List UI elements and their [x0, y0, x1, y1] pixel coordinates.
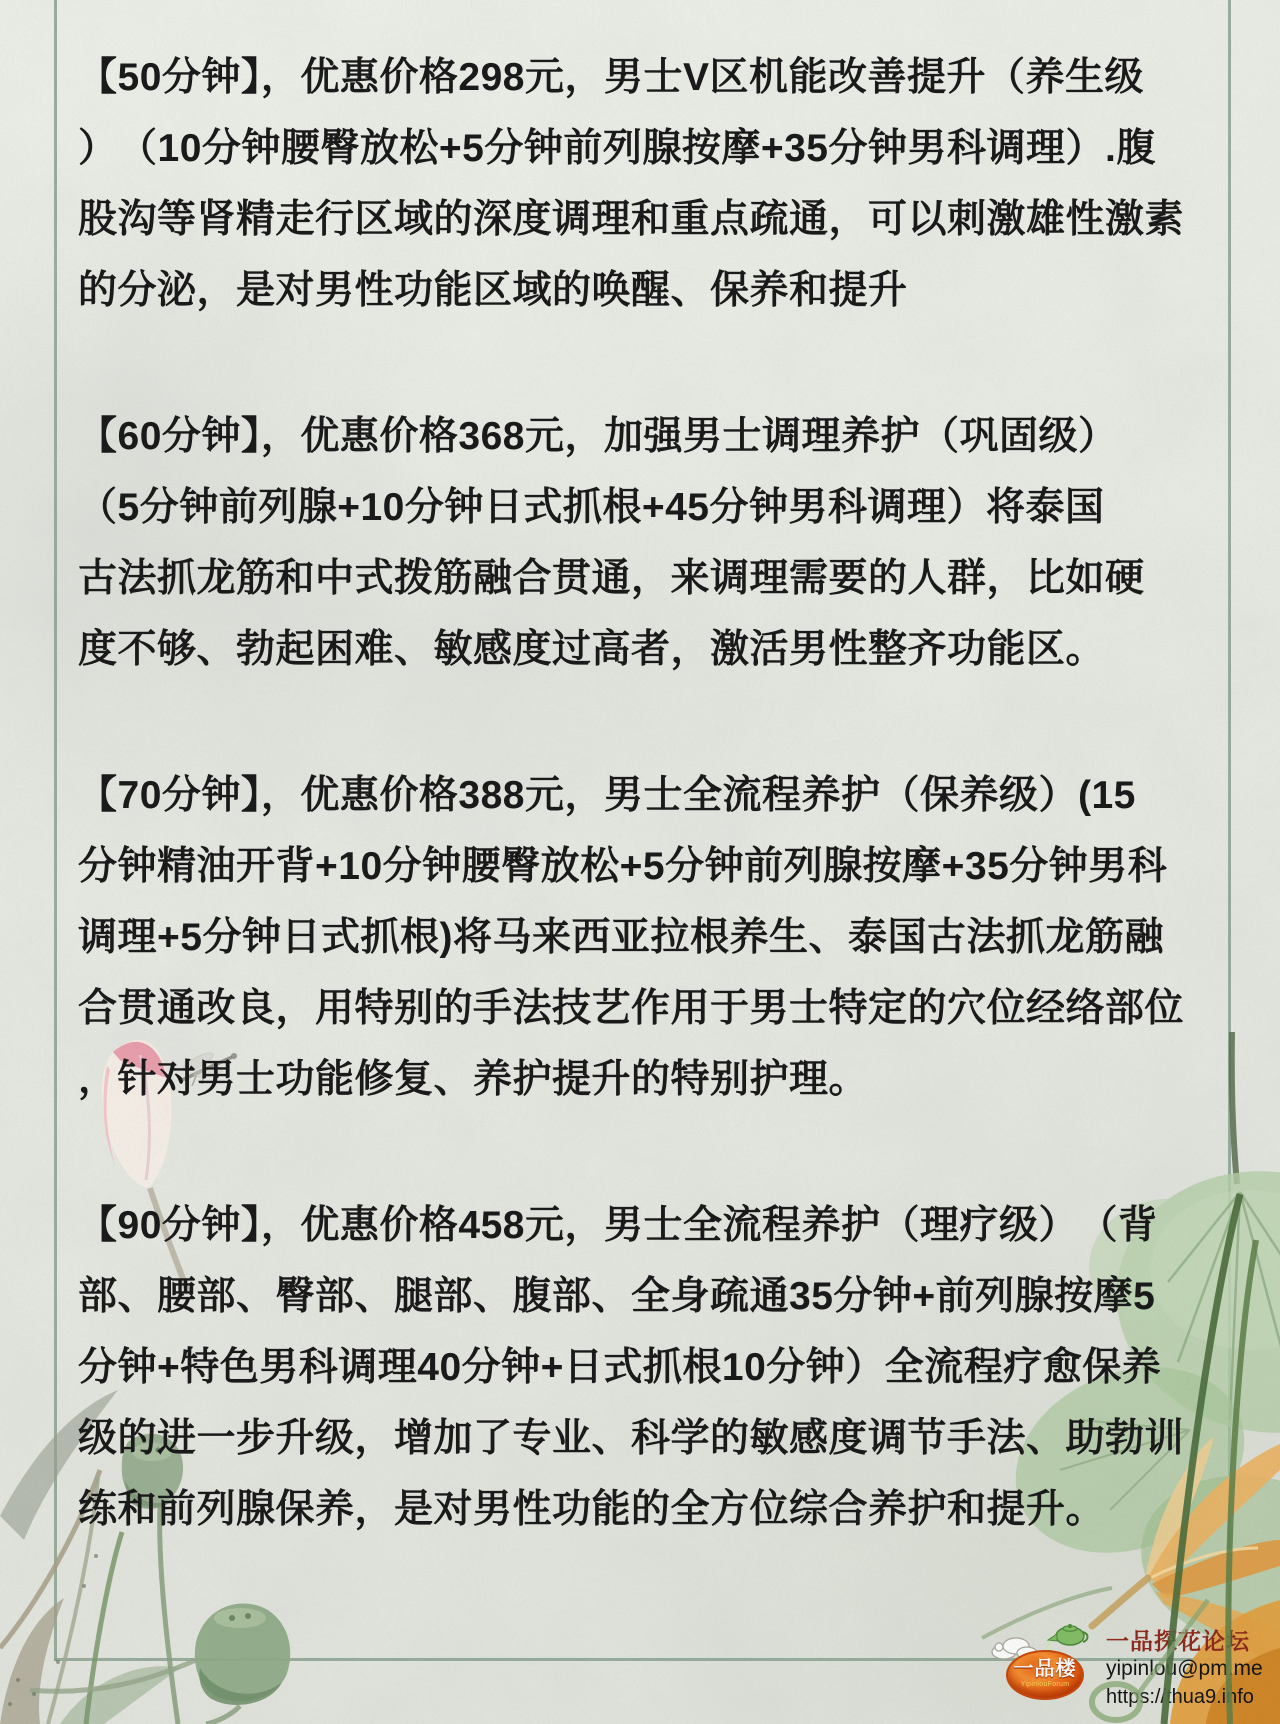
watermark-text-block: 一品探花论坛 yipinlou@pm.me https://thua9.info	[1106, 1628, 1276, 1709]
service-package-90min: 【90分钟】，优惠价格458元，男士全流程养护（理疗级） （背 部、腰部、臀部、…	[78, 1190, 1230, 1545]
service-package-50min: 【50分钟】，优惠价格298元，男士V区机能改善提升（养生级 ） （10分钟腰臀…	[78, 42, 1230, 326]
yipinlou-logo-badge: 一品楼 YipinlouForum	[1006, 1650, 1084, 1700]
logo-subtext: YipinlouForum	[1008, 1680, 1082, 1689]
forum-name: 一品探花论坛	[1106, 1628, 1276, 1654]
site-url: https://thua9.info	[1106, 1685, 1276, 1709]
forum-watermark: 一品楼 YipinlouForum 一品探花论坛 yipinlou@pm.me …	[980, 1618, 1280, 1724]
logo-text: 一品楼	[1008, 1659, 1082, 1680]
frame-border-left	[54, 0, 57, 1661]
service-package-70min: 【70分钟】，优惠价格388元，男士全流程养护（保养级）(15 分钟精油开背+1…	[78, 760, 1230, 1115]
service-menu: 【50分钟】，优惠价格298元，男士V区机能改善提升（养生级 ） （10分钟腰臀…	[78, 42, 1230, 1620]
poster-page: 【50分钟】，优惠价格298元，男士V区机能改善提升（养生级 ） （10分钟腰臀…	[0, 0, 1280, 1724]
contact-email: yipinlou@pm.me	[1106, 1656, 1276, 1681]
service-package-60min: 【60分钟】，优惠价格368元，加强男士调理养护（巩固级） （5分钟前列腺+10…	[78, 401, 1230, 685]
